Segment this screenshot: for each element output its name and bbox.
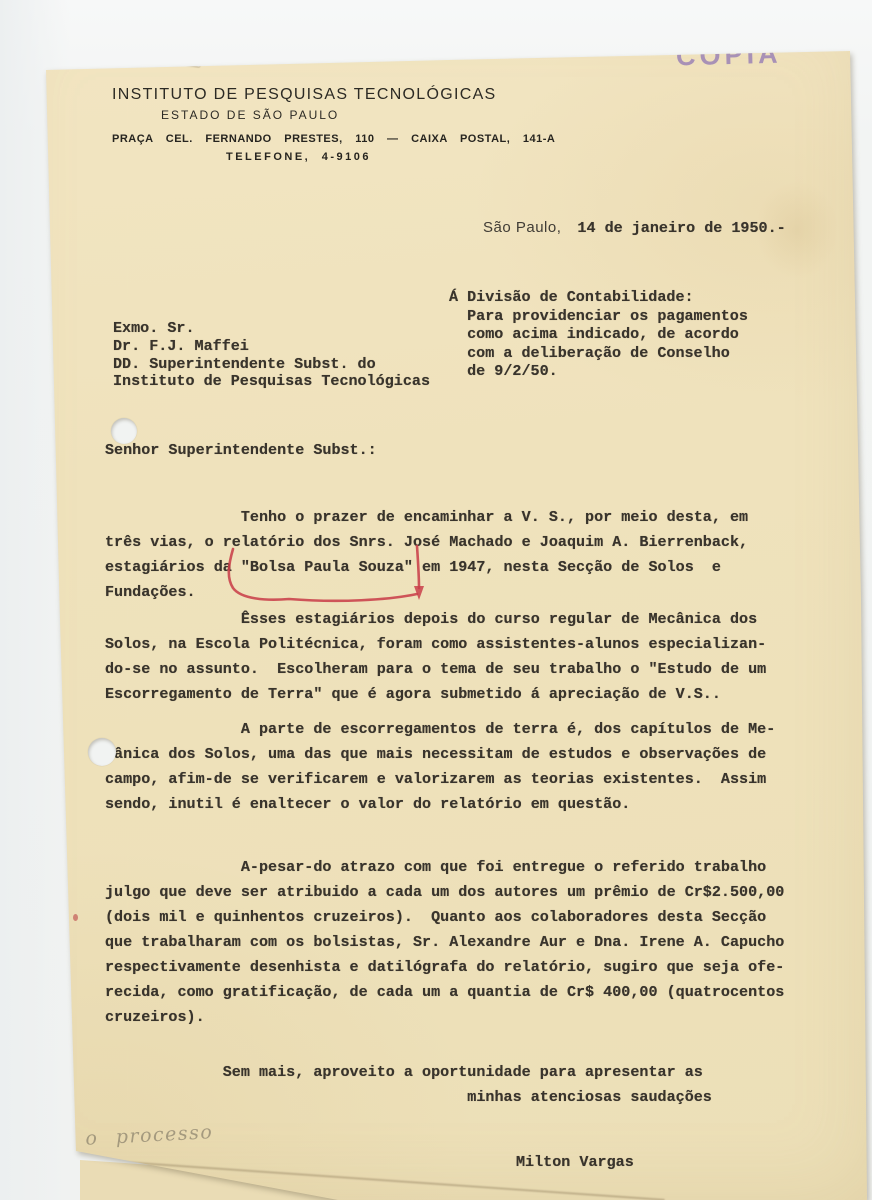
red-pen-annotation bbox=[221, 543, 436, 607]
body-paragraph-4: A-pesar-do atrazo com que foi entregue o… bbox=[105, 855, 784, 1030]
red-ink-speck bbox=[73, 914, 78, 921]
punch-hole-bottom bbox=[88, 738, 116, 766]
letter-paper: CÓPIA INSTITUTO DE PESQUISAS TECNOLÓGICA… bbox=[0, 0, 872, 1200]
accounting-note: Á Divisão de Contabilidade: Para provide… bbox=[449, 288, 748, 381]
dateline: São Paulo,14 de janeiro de 1950.- bbox=[483, 219, 786, 237]
letterhead-institute: INSTITUTO DE PESQUISAS TECNOLÓGICAS bbox=[112, 86, 497, 104]
punch-hole-top bbox=[111, 418, 137, 444]
body-paragraph-3: A parte de escorregamentos de terra é, d… bbox=[105, 717, 775, 817]
recipient-block: Exmo. Sr. Dr. F.J. Maffei DD. Superinten… bbox=[113, 320, 430, 391]
scanned-letter-page: CÓPIA INSTITUTO DE PESQUISAS TECNOLÓGICA… bbox=[0, 0, 872, 1200]
top-edge-tear bbox=[185, 55, 201, 67]
pencil-handwritten-note: qual o processo bbox=[20, 1121, 221, 1153]
body-paragraph-2: Êsses estagiários depois do curso regula… bbox=[105, 607, 766, 707]
letterhead-phone: TELEFONE, 4-9106 bbox=[226, 151, 371, 163]
letterhead-address: PRAÇA CEL. FERNANDO PRESTES, 110 — CAIXA… bbox=[112, 133, 555, 145]
dateline-date: 14 de janeiro de 1950.- bbox=[577, 219, 785, 237]
dateline-place: São Paulo, bbox=[483, 219, 561, 236]
letterhead-state: ESTADO DE SÃO PAULO bbox=[161, 108, 339, 122]
copia-stamp: CÓPIA bbox=[676, 39, 782, 73]
signature-name: Milton Vargas bbox=[516, 1150, 634, 1175]
salutation: Senhor Superintendente Subst.: bbox=[105, 438, 377, 463]
closing-lines: Sem mais, aproveito a oportunidade para … bbox=[105, 1060, 712, 1110]
